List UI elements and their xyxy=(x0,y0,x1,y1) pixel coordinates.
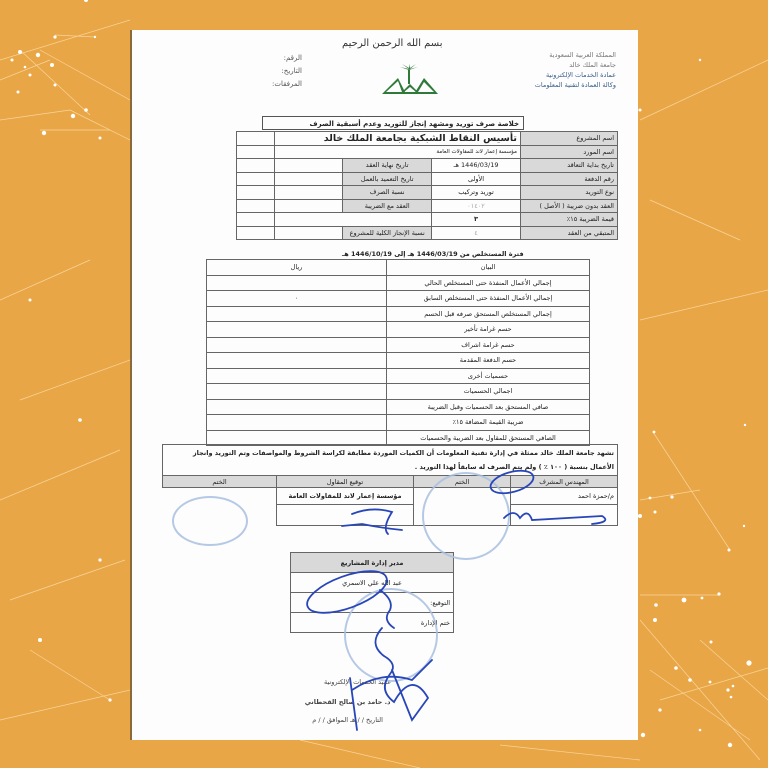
scanned-document-page: بسم الله الرحمن الرحيم المملكة العربية ا… xyxy=(132,30,638,740)
handwritten-signatures-icon xyxy=(132,30,638,740)
